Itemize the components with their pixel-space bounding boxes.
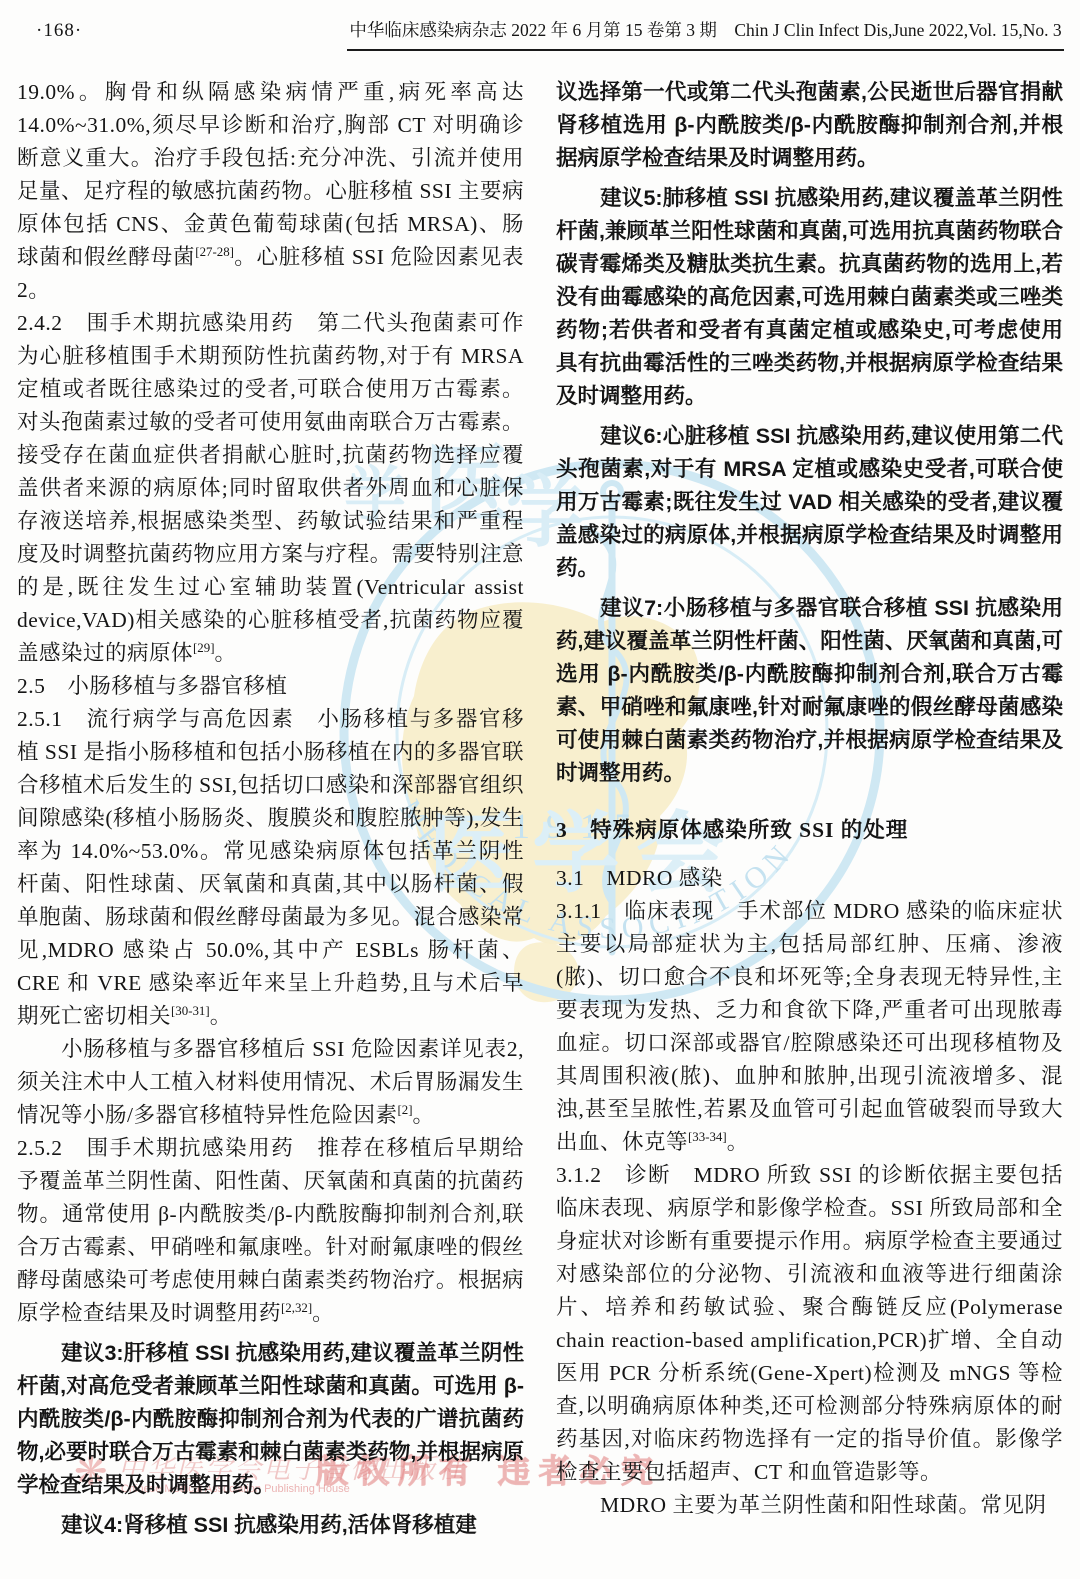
recommendation-paragraph: 建议4:肾移植 SSI 抗感染用药,活体肾移植建: [17, 1509, 524, 1542]
citation-superscript: [30-31]: [171, 1004, 210, 1018]
recommendation-paragraph: 建议7:小肠移植与多器官联合移植 SSI 抗感染用药,建议覆盖革兰阴性杆菌、阳性…: [556, 592, 1063, 790]
body-paragraph: 2.5 小肠移植与多器官移植: [17, 670, 524, 703]
recommendation-paragraph: 建议5:肺移植 SSI 抗感染用药,建议覆盖革兰阴性杆菌,兼顾革兰阳性球菌和真菌…: [556, 182, 1063, 413]
body-paragraph: 2.4.2 围手术期抗感染用药 第二代头孢菌素可作为心脏移植围手术期预防性抗菌药…: [17, 307, 524, 670]
body-paragraph: 19.0%。胸骨和纵隔感染病情严重,病死率高达14.0%~31.0%,须尽早诊断…: [17, 76, 524, 307]
body-paragraph: 2.5.1 流行病学与高危因素 小肠移植与多器官移植 SSI 是指小肠移植和包括…: [17, 703, 524, 1033]
citation-superscript: [27-28]: [195, 245, 234, 259]
subsection-heading: 3.1 MDRO 感染: [556, 862, 1063, 895]
citation-superscript: [2,32]: [281, 1301, 312, 1315]
recommendation-paragraph: 建议3:肝移植 SSI 抗感染用药,建议覆盖革兰阴性杆菌,对高危受者兼顾革兰阳性…: [17, 1337, 524, 1502]
section-heading: 3 特殊病原体感染所致 SSI 的处理: [556, 814, 1063, 847]
body-paragraph: MDRO 主要为革兰阴性菌和阳性球菌。常见阴: [556, 1489, 1063, 1522]
body-paragraph: 小肠移植与多器官移植后 SSI 危险因素详见表2,须关注术中人工植入材料使用情况…: [17, 1033, 524, 1132]
text-column-left: 19.0%。胸骨和纵隔感染病情严重,病死率高达14.0%~31.0%,须尽早诊断…: [17, 76, 524, 1542]
recommendation-paragraph: 建议6:心脏移植 SSI 抗感染用药,建议使用第二代头孢菌素,对于有 MRSA …: [556, 420, 1063, 585]
text-column-right: 议选择第一代或第二代头孢菌素,公民逝世后器官捐献肾移植选用 β-内酰胺类/β-内…: [556, 76, 1063, 1522]
body-paragraph: 2.5.2 围手术期抗感染用药 推荐在移植后早期给予覆盖革兰阴性菌、阳性菌、厌氧…: [17, 1132, 524, 1330]
journal-title-line: 中华临床感染病杂志 2022 年 6 月第 15 卷第 3 期 Chin J C…: [347, 17, 1064, 51]
citation-superscript: [33-34]: [688, 1130, 727, 1144]
journal-page: MEDICAL ASSOCIATION 1915 学 医 学 医学会 ❋ 中华医…: [0, 0, 1080, 1579]
body-paragraph: 3.1.1 临床表现 手术部位 MDRO 感染的临床症状主要以局部症状为主,包括…: [556, 895, 1063, 1159]
recommendation-paragraph: 议选择第一代或第二代头孢菌素,公民逝世后器官捐献肾移植选用 β-内酰胺类/β-内…: [556, 76, 1063, 175]
citation-superscript: [2]: [397, 1103, 412, 1117]
page-header: ·168· 中华临床感染病杂志 2022 年 6 月第 15 卷第 3 期 Ch…: [0, 0, 1080, 60]
body-paragraph: 3.1.2 诊断 MDRO 所致 SSI 的诊断依据主要包括临床表现、病原学和影…: [556, 1159, 1063, 1489]
citation-superscript: [29]: [193, 641, 214, 655]
page-number: ·168·: [36, 20, 82, 42]
